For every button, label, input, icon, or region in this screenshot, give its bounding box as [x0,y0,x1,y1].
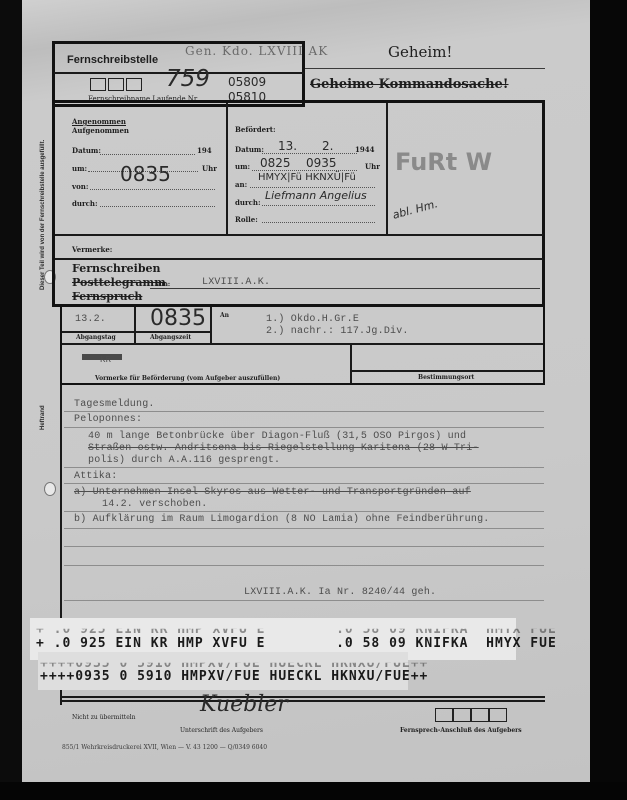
message-line: a) Unternehmen Insel Skyros aus Wetter- … [74,487,471,498]
forwarded-date-label: Datum: [235,145,264,154]
forwarded-time-label: um: [235,162,250,171]
forwarded-role-line [262,222,375,223]
divider-remarks [55,234,543,236]
forwarded-by-label: durch: [235,198,261,207]
phone-box-4 [489,708,507,722]
forwarded-time-line [252,170,357,171]
priority-label: Vormerke für Beförderung (vom Aufgeber a… [95,375,280,382]
recipients-label: An [220,312,229,319]
recipient-2: 2.) nachr.: 117.Jg.Div. [266,326,409,337]
dispatch-day-value: 13.2. [75,314,106,325]
type-fernschreiben: Fernschreiben [72,262,161,275]
received-time-value: 0835 [120,162,171,186]
forwarded-to-value: HMYX|Fü HKNXÜ|Fü [258,172,356,183]
classification-divider [305,68,545,69]
side-note-top: Dieser Teil wird von der Fernschreibstel… [40,140,46,290]
message-rule [64,427,544,428]
forwarded-label: Befördert: [235,125,276,134]
message-rule [64,411,544,412]
message-rule [64,511,544,512]
received-time-label: um: [72,164,87,173]
received-from-label: von: [72,182,88,191]
dispatch-label-divider [62,331,210,333]
serial-number-1: 05809 [228,75,266,89]
divider-notes [55,258,543,260]
dispatch-time-label: Abgangszeit [150,334,191,341]
from-line [150,288,540,289]
destination-label-divider [352,370,543,372]
destination-divider [350,343,352,383]
receipt-stamp: FuRt W [395,148,492,176]
forwarded-by-line [262,205,375,206]
recipient-1: 1.) Okdo.H.Gr.E [266,314,359,325]
received-from-line [90,189,215,190]
message-line: Peloponnes: [74,414,142,425]
type-fernspruch: Fernspruch [72,290,142,303]
message-line: b) Aufklärung im Raum Limogardion (8 NO … [74,514,489,525]
signature-label: Unterschrift des Aufgebers [180,727,263,734]
header-stamp: Gen. Kdo. LXVIII AK [185,44,328,58]
forwarded-date-line [262,153,357,154]
dispatch-divider-1 [134,307,136,344]
message-line: 14.2. verschoben. [102,499,207,510]
serial-handwritten: 759 [166,66,210,92]
phone-box-3 [471,708,489,722]
footer-rule-1 [60,696,545,698]
message-line: Attika: [74,471,117,482]
divider-received-forwarded [226,103,228,235]
message-rule-blank-2 [64,565,544,566]
forwarded-to-line [250,187,375,188]
received-label-1: Angenommen [72,117,126,126]
message-line: polis) durch A.A.116 gesprengt. [88,455,280,466]
received-year-prefix: 194 [197,146,212,155]
forwarded-time-2: 0935 [306,156,337,170]
remarks-label: Vermerke: [72,245,112,254]
classification-geheim: Geheim! [388,43,452,61]
message-line: Tagesmeldung. [74,399,155,410]
dispatch-day-label: Abgangstag [76,334,116,341]
teleprinter-strip-2-text: ++++0935 0 5910 HMPXV/FUE HUECKL HKNXU/F… [40,669,428,684]
forwarded-by-value: Liefmann Angelius [265,189,367,202]
received-date-line [100,154,195,155]
classification-struck: Geheime Kommandosache! [310,77,509,92]
forwarded-role-label: Rolle: [235,215,258,224]
divider-forwarded-stamp [386,103,388,235]
priority-mark: KR [100,355,111,365]
side-note-margin: Heftrand [40,405,46,430]
dispatch-time-value: 0835 [150,306,206,331]
teleprinter-strip-1-text: + .0 925 EIN KR HMP XVFU E .0 58 09 KNIF… [36,636,557,651]
forwarded-time-unit: Uhr [365,162,380,171]
name-box-3 [126,78,142,91]
forwarded-time-1: 0825 [260,156,291,170]
forwarded-to-label: an: [235,180,247,189]
message-reference: LXVIII.A.K. Ia Nr. 8240/44 geh. [244,587,436,598]
message-rule [64,483,544,484]
name-box-1 [90,78,106,91]
message-rule-blank-1 [64,546,544,547]
phone-box-1 [435,708,453,722]
name-box-2 [108,78,124,91]
dispatch-divider-2 [210,307,212,344]
received-date-label: Datum: [72,146,101,155]
message-line: 40 m lange Betonbrücke über Diagon-Fluß … [88,431,466,442]
phone-label: Fernsprech-Anschluß des Aufgebers [400,727,522,734]
dispatch-row-divider [62,343,543,345]
message-rule-blank-3 [64,600,544,601]
message-rule [64,467,544,468]
sender-signature: Kuebler [200,692,288,717]
scan-border-bottom [0,782,627,800]
message-rule [64,528,544,529]
phone-box-2 [453,708,471,722]
forwarded-year: 1944 [355,145,374,154]
from-label: von: [156,281,170,288]
footer-rule-2 [60,700,545,702]
punch-hole-bottom [44,482,56,496]
received-by-line [100,206,215,207]
from-value: LXVIII.A.K. [202,277,270,288]
forwarded-date-month: 2. [322,139,333,153]
message-line: Straßen ostw. Andritsena bis Riegelstell… [88,443,479,454]
received-time-unit: Uhr [202,164,217,173]
received-label-2: Aufgenommen [72,126,129,135]
do-not-transmit-label: Nicht zu übermitteln [72,714,136,721]
received-by-label: durch: [72,199,98,208]
destination-label: Bestimmungsort [418,374,474,381]
scan-border-right [590,0,627,800]
station-label: Fernschreibstelle [67,54,158,66]
printer-line: 855/1 Wehrkreisdruckerei XVII, Wien — V.… [62,744,267,751]
forwarded-date-day: 13. [278,139,297,153]
